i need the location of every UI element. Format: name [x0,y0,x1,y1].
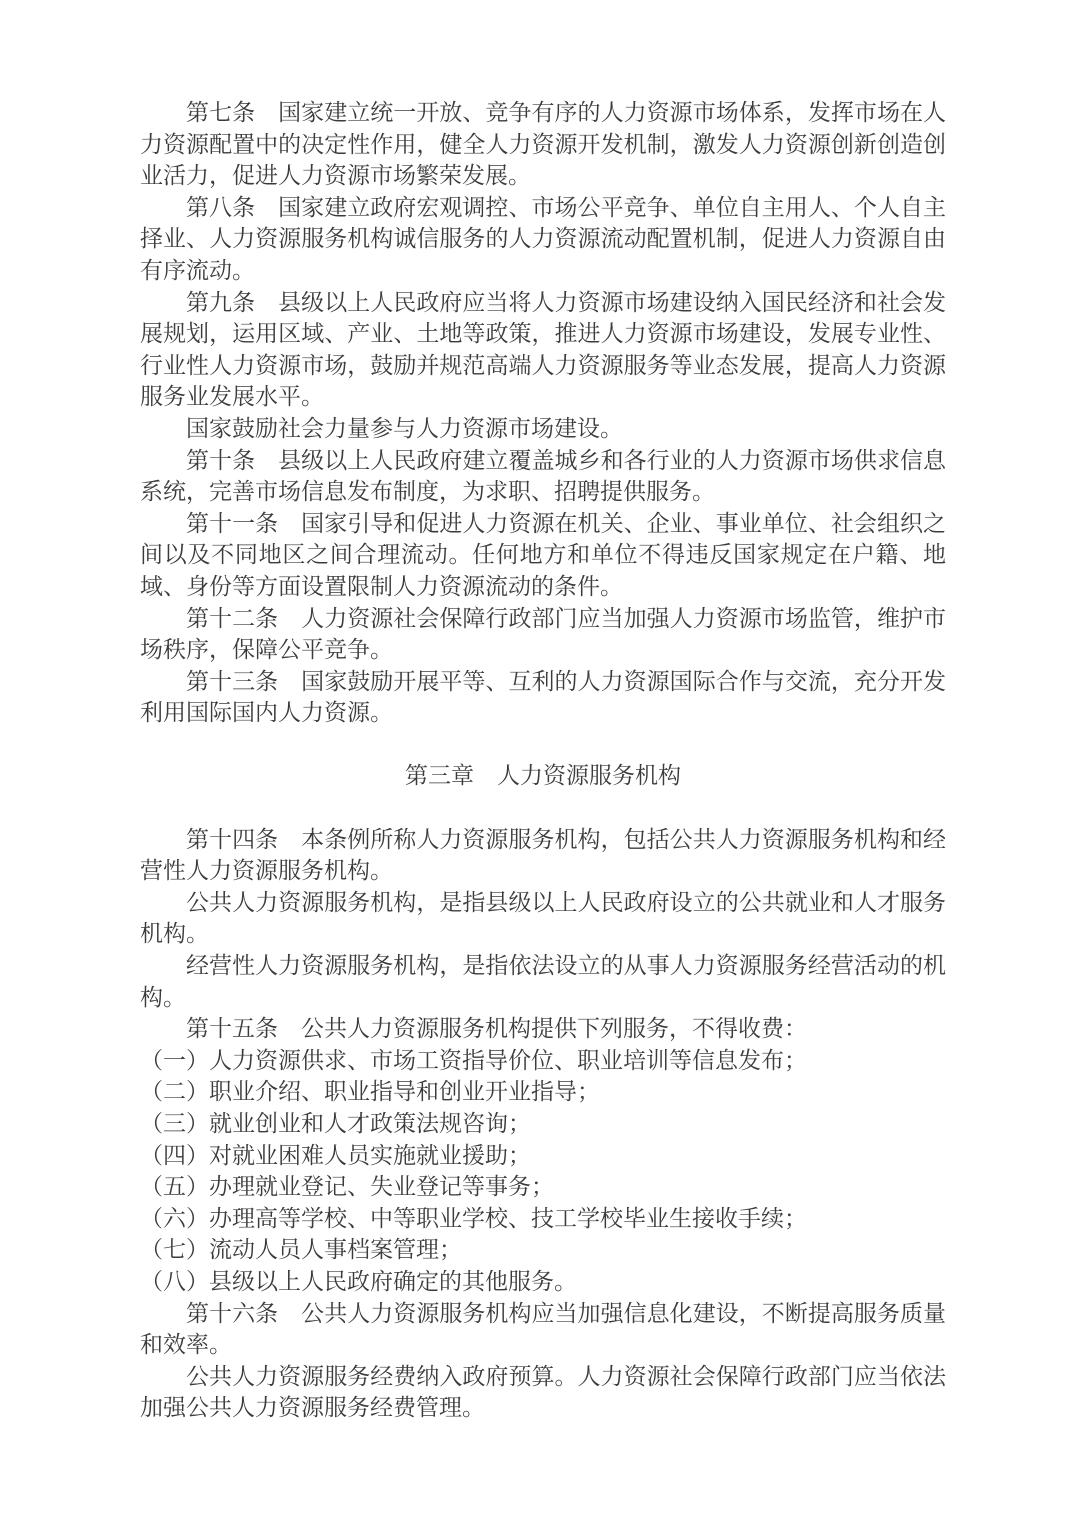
article-8-paragraph: 第八条 国家建立政府宏观调控、市场公平竞争、单位自主用人、个人自主择业、人力资源… [140,192,946,287]
article-9-paragraph: 第九条 县级以上人民政府应当将人力资源市场建设纳入国民经济和社会发展规划，运用区… [140,287,946,413]
article-14-subparagraph-1: 公共人力资源服务机构，是指县级以上人民政府设立的公共就业和人才服务机构。 [140,887,946,950]
article-12-paragraph: 第十二条 人力资源社会保障行政部门应当加强人力资源市场监管，维护市场秩序，保障公… [140,603,946,666]
article-15-paragraph: 第十五条 公共人力资源服务机构提供下列服务，不得收费： [140,1013,946,1045]
article-14-paragraph: 第十四条 本条例所称人力资源服务机构，包括公共人力资源服务机构和经营性人力资源服… [140,824,946,887]
article-15-item-7: （七）流动人员人事档案管理； [140,1234,946,1266]
article-15-item-2: （二）职业介绍、职业指导和创业开业指导； [140,1076,946,1108]
article-15-item-1: （一）人力资源供求、市场工资指导价位、职业培训等信息发布； [140,1045,946,1077]
article-15-item-3: （三）就业创业和人才政策法规咨询； [140,1108,946,1140]
article-10-paragraph: 第十条 县级以上人民政府建立覆盖城乡和各行业的人力资源市场供求信息系统，完善市场… [140,445,946,508]
article-15-item-5: （五）办理就业登记、失业登记等事务； [140,1171,946,1203]
article-14-subparagraph-2: 经营性人力资源服务机构，是指依法设立的从事人力资源服务经营活动的机构。 [140,950,946,1013]
article-16-paragraph: 第十六条 公共人力资源服务机构应当加强信息化建设，不断提高服务质量和效率。 [140,1298,946,1361]
article-15-item-4: （四）对就业困难人员实施就业援助； [140,1140,946,1172]
document-page: 第七条 国家建立统一开放、竞争有序的人力资源市场体系，发挥市场在人力资源配置中的… [0,0,1074,1520]
article-7-paragraph: 第七条 国家建立统一开放、竞争有序的人力资源市场体系，发挥市场在人力资源配置中的… [140,97,946,192]
article-11-paragraph: 第十一条 国家引导和促进人力资源在机关、企业、事业单位、社会组织之间以及不同地区… [140,508,946,603]
article-15-item-6: （六）办理高等学校、中等职业学校、技工学校毕业生接收手续； [140,1203,946,1235]
chapter-3-heading: 第三章 人力资源服务机构 [140,760,946,792]
regulation-text-block: 第七条 国家建立统一开放、竞争有序的人力资源市场体系，发挥市场在人力资源配置中的… [140,97,946,1424]
article-13-paragraph: 第十三条 国家鼓励开展平等、互利的人力资源国际合作与交流，充分开发利用国际国内人… [140,666,946,729]
article-9-subparagraph: 国家鼓励社会力量参与人力资源市场建设。 [140,413,946,445]
article-15-item-8: （八）县级以上人民政府确定的其他服务。 [140,1266,946,1298]
article-16-subparagraph: 公共人力资源服务经费纳入政府预算。人力资源社会保障行政部门应当依法加强公共人力资… [140,1361,946,1424]
